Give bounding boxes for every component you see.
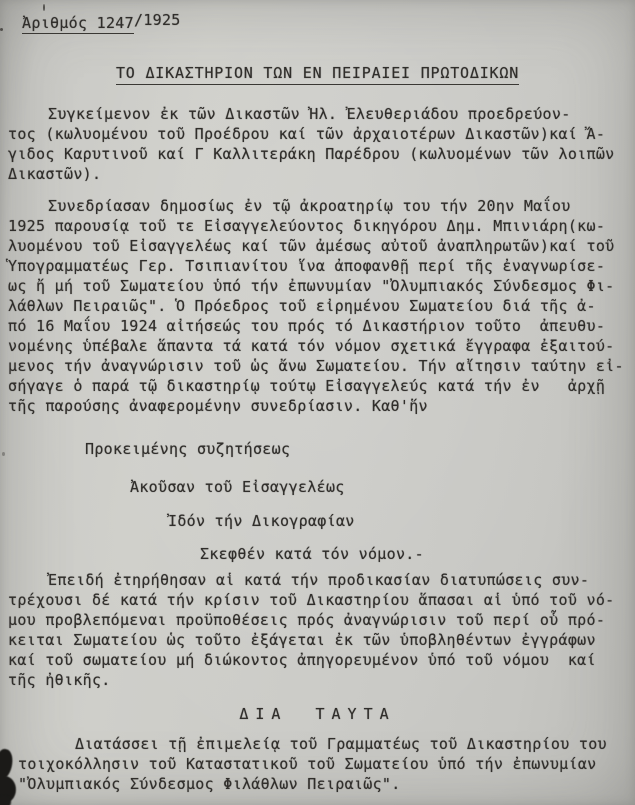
text-line: Ἐπειδή ἐτηρήθησαν αἱ κατά τήν προδικασία… — [8, 570, 627, 590]
text-line: τοιχοκόλλησιν τοῦ Καταστατικοῦ τοῦ Σωματ… — [18, 754, 627, 774]
text-line: Συγκείμενον ἐκ τῶν Δικαστῶν Ἠλ. Ἐλευθερι… — [8, 104, 627, 124]
text-line: Διατάσσει τῇ ἐπιμελείᾳ τοῦ Γραμματέως το… — [18, 734, 627, 754]
text-line: πό 16 Μαΐου 1924 αἰτήσεώς του πρός τό Δι… — [8, 316, 627, 336]
paragraph-reasoning: Ἐπειδή ἐτηρήθησαν αἱ κατά τήν προδικασία… — [8, 570, 627, 690]
text-line: Δικαστῶν). — [8, 164, 627, 184]
case-number: Ἀριθμός 1247 — [22, 14, 134, 34]
procedural-line-considered-law: Σκεφθέν κατά τόν νόμον.- — [200, 544, 627, 564]
text-line: γιδος Καρυτινοῦ καί Γ Καλλιτεράκη Παρέδρ… — [8, 144, 627, 164]
scan-speck — [0, 28, 3, 31]
procedural-line-discussion: Προκειμένης συζητήσεως — [85, 439, 627, 459]
text-line: νομένης ὑπέβαλε ἅπαντα τά κατά τόν νόμον… — [8, 336, 627, 356]
text-line: καί τοῦ σωματείου μή διώκοντος ἀπηγορευμ… — [8, 650, 627, 670]
procedural-line-heard-prosecutor: Ἀκοῦσαν τοῦ Εἰσαγγελέως — [130, 477, 627, 497]
paragraph-session-details: Συνεδρίασαν δημοσίως ἐν τῷ ἀκροατηρίῳ το… — [8, 196, 627, 416]
case-number-row: Ἀριθμός 1247/1925 — [22, 14, 627, 36]
text-line: ως ἤ μή τοῦ Σωματείου ὑπό τήν ἐπωνυμίαν … — [8, 276, 627, 296]
scan-speck — [43, 4, 45, 11]
text-line: τῆς ἠθικῆς. — [8, 670, 627, 690]
procedural-line-seen-casefile: Ἰδόν τήν Δικογραφίαν — [168, 511, 627, 531]
text-line: λάθλων Πειραιῶς". Ὁ Πρόεδρος τοῦ εἰρημέν… — [8, 296, 627, 316]
text-line: κειται Σωματείου ὡς τοῦτο ἐξάγεται ἐκ τῶ… — [8, 630, 627, 650]
text-line: τος (κωλυομένου τοῦ Προέδρου καί τῶν ἀρχ… — [8, 124, 627, 144]
scanned-court-decision-page: Ἀριθμός 1247/1925 ΤΟ ΔΙΚΑΣΤΗΡΙΟΝ ΤΩΝ ΕΝ … — [0, 0, 635, 805]
text-line: τῆς παρούσης ἀναφερομένην συνεδρίασιν. Κ… — [8, 396, 627, 416]
text-line: Ὑπογραμματέως Γερ. Τσιπιανίτου ἵνα ἀποφα… — [8, 256, 627, 276]
text-line: σήγαγε ὁ παρά τῷ δικαστηρίῳ τούτῳ Εἰσαγγ… — [8, 376, 627, 396]
paragraph-court-composition: Συγκείμενον ἐκ τῶν Δικαστῶν Ἠλ. Ἐλευθερι… — [8, 104, 627, 184]
document-title: ΤΟ ΔΙΚΑΣΤΗΡΙΟΝ ΤΩΝ ΕΝ ΠΕΙΡΑΙΕΙ ΠΡΩΤΟΔΙΚΩ… — [8, 64, 627, 82]
text-line: τρέχουσι δέ κατά τήν κρίσιν τοῦ Δικαστηρ… — [8, 590, 627, 610]
paragraph-ruling: Διατάσσει τῇ ἐπιμελείᾳ τοῦ Γραμματέως το… — [8, 734, 627, 794]
ruling-heading: ΔΙΑ ΤΑΥΤΑ — [8, 703, 627, 725]
text-line: μενος τήν ἀναγνώρισιν τοῦ ὡς ἄνω Σωματεί… — [8, 356, 627, 376]
case-year: /1925 — [134, 11, 181, 29]
text-line: 1925 παρουσίᾳ τοῦ τε Εἰσαγγελεύοντος δικ… — [8, 216, 627, 236]
ink-blotch — [0, 795, 11, 805]
text-line: μου προβλεπόμεναι προϋποθέσεις πρός ἀναγ… — [8, 610, 627, 630]
text-line: λυομένου τοῦ Εἰσαγγελέως καί τῶν ἀμέσως … — [8, 236, 627, 256]
scan-speck — [2, 452, 5, 456]
text-line: "Ὀλυμπιακός Σύνδεσμος Φιλάθλων Πειραιῶς"… — [18, 774, 627, 794]
text-line: Συνεδρίασαν δημοσίως ἐν τῷ ἀκροατηρίῳ το… — [8, 196, 627, 216]
